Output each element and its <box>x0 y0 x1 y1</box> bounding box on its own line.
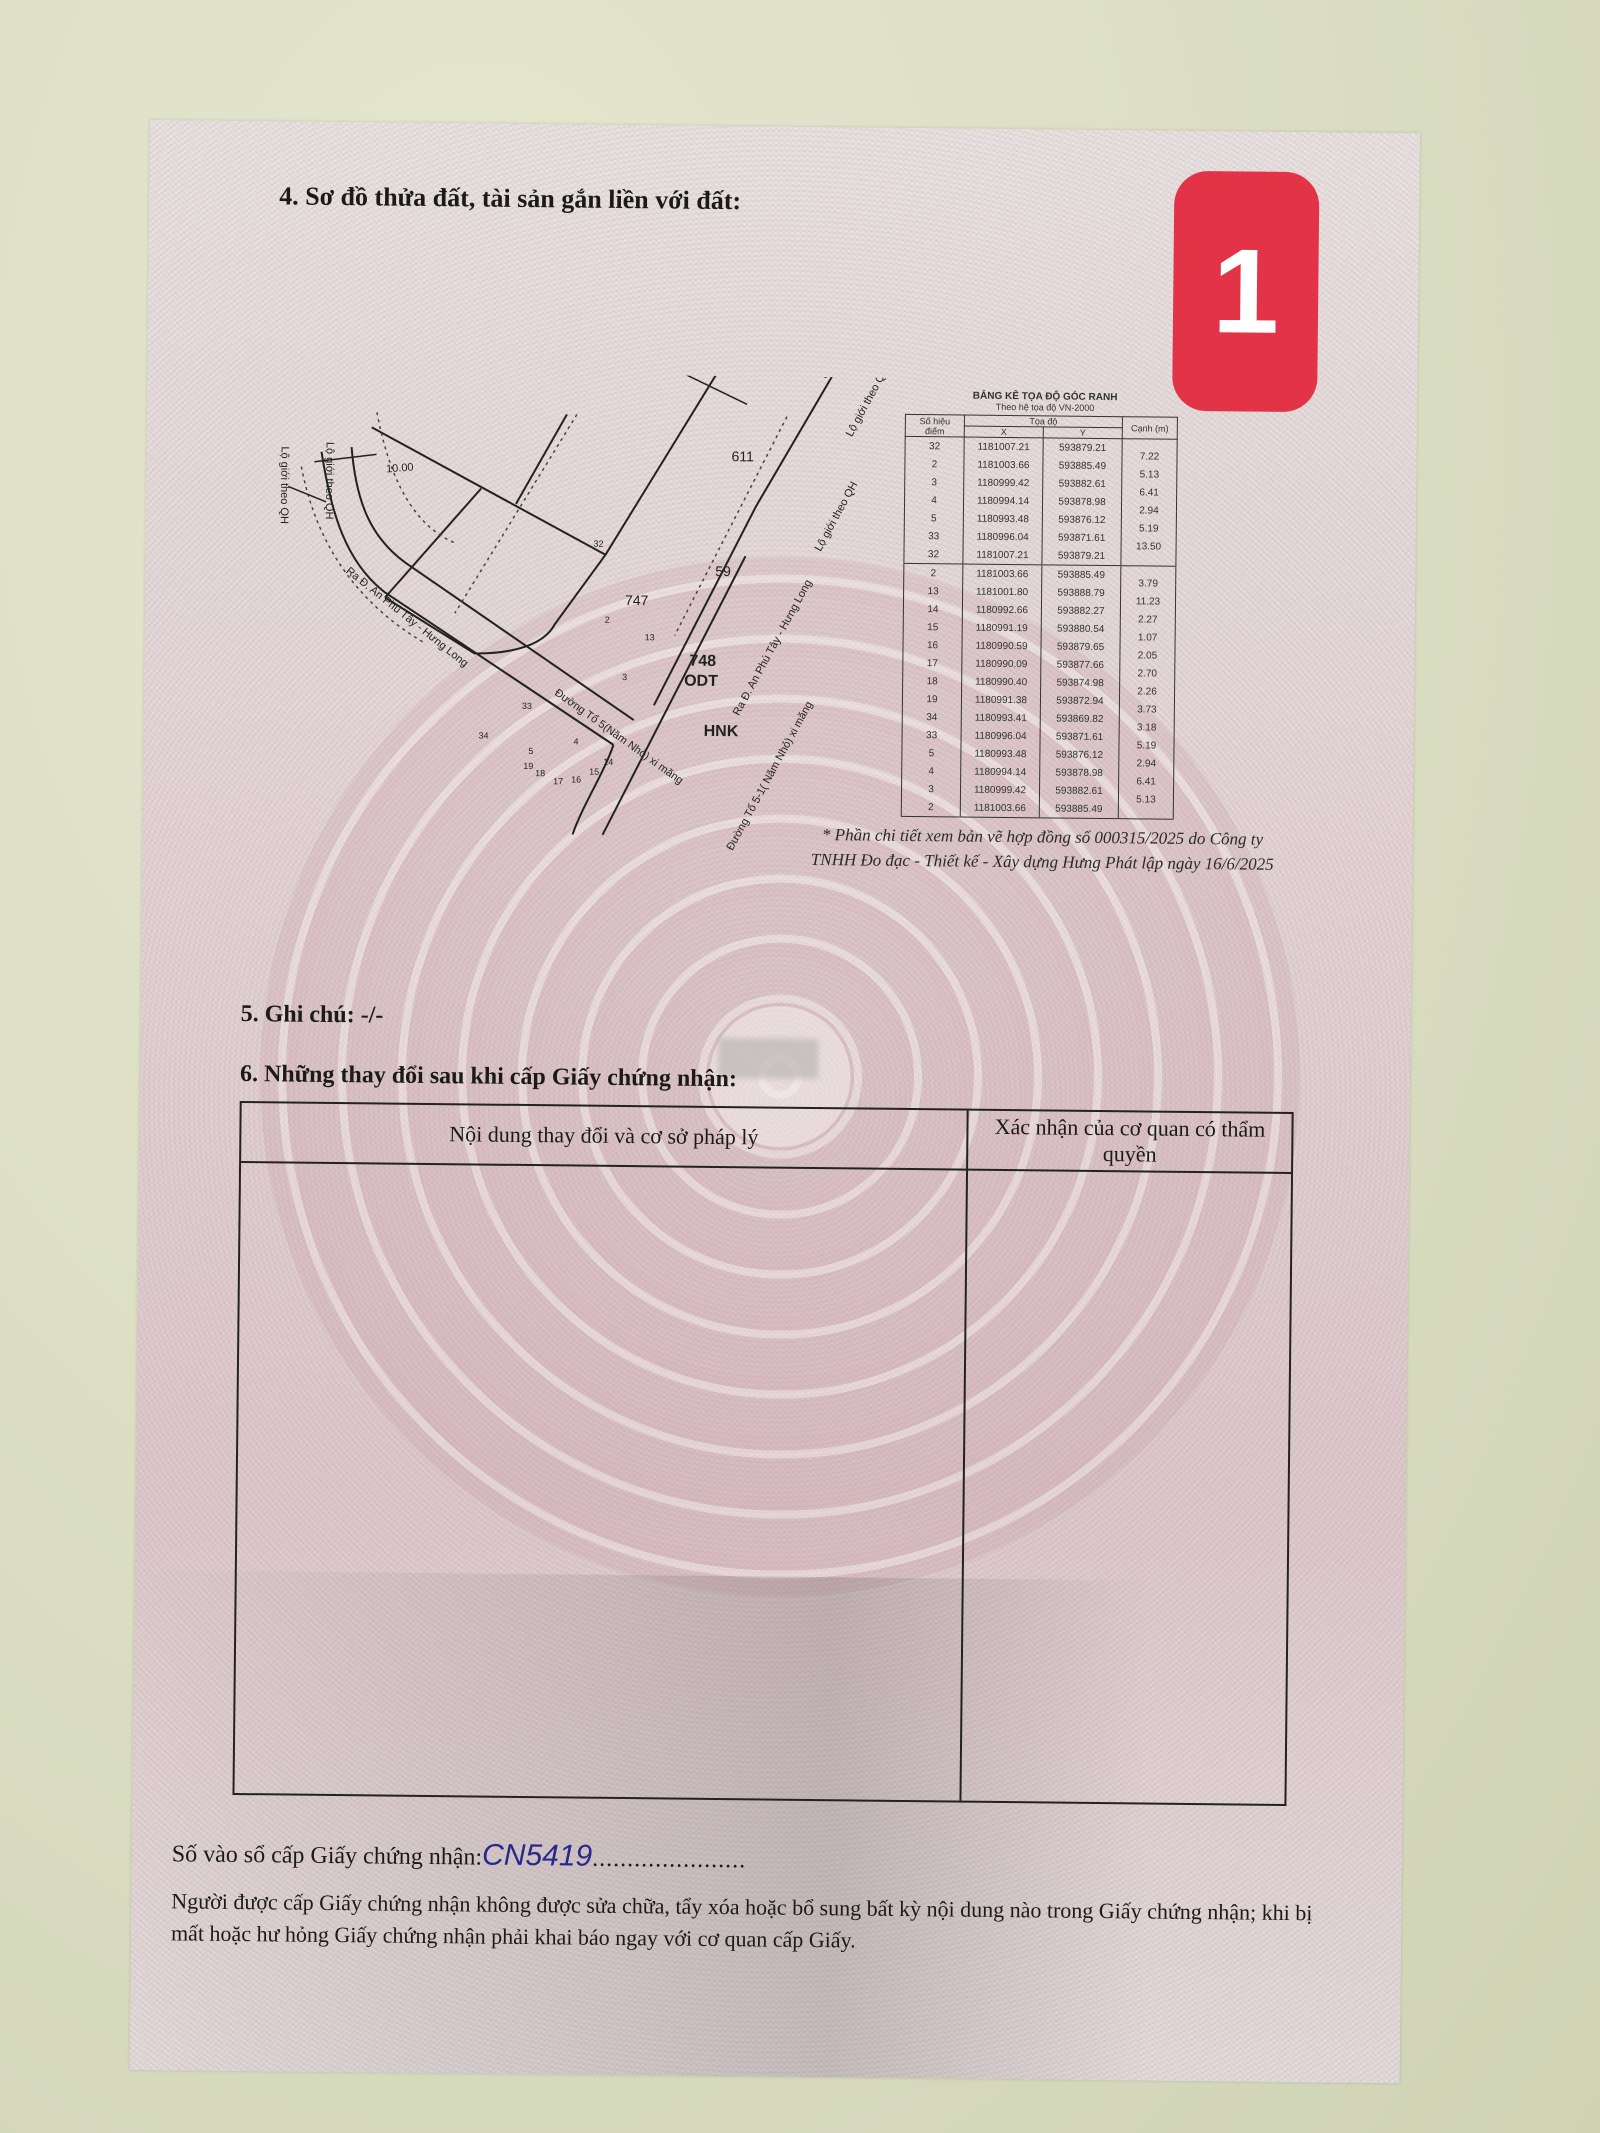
parcel-boundary <box>370 427 606 554</box>
road-edge <box>605 371 727 556</box>
coordinate-table: BẢNG KÊ TỌA ĐỘ GÓC RANH Theo hệ tọa độ V… <box>901 390 1185 820</box>
page-number-badge: 1 <box>1172 171 1320 413</box>
parcel-map: 611 747 59 748 ODT HNK 10.00 10.00 Ra Đ.… <box>272 371 897 877</box>
svg-text:5: 5 <box>528 746 533 756</box>
parcel-748: 748 <box>689 653 716 670</box>
parcel-748-use: ODT <box>684 673 718 690</box>
section-6-title: 6. Những thay đổi sau khi cấp Giấy chứng… <box>240 1061 737 1093</box>
legal-warning: Người được cấp Giấy chứng nhận không đượ… <box>171 1885 1342 1961</box>
svg-text:18: 18 <box>535 768 545 778</box>
road-edge <box>654 371 838 707</box>
registry-number-line: Số vào sổ cấp Giấy chứng nhận:CN5419....… <box>172 1835 747 1875</box>
parcel-59: 59 <box>715 563 731 579</box>
header-point: Số hiệu điểm <box>905 414 964 437</box>
changes-table: Nội dung thay đổi và cơ sở pháp lý Xác n… <box>232 1101 1293 1806</box>
changes-column-divider <box>234 1103 968 1801</box>
boundary-label-3: Lộ giới theo QH <box>844 371 892 438</box>
svg-text:19: 19 <box>523 761 533 771</box>
svg-text:15: 15 <box>589 767 599 777</box>
svg-text:33: 33 <box>522 701 532 711</box>
road-edge <box>349 447 637 720</box>
changes-header-content: Nội dung thay đổi và cơ sở pháp lý <box>241 1103 967 1171</box>
parcel-747: 747 <box>625 592 649 608</box>
registry-number: CN5419 <box>482 1839 592 1873</box>
boundary-label-2: Lộ giới theo QH <box>278 446 291 524</box>
svg-text:2: 2 <box>605 615 610 625</box>
parcel-hnk: HNK <box>704 723 739 740</box>
changes-header-authority: Xác nhận của cơ quan có thẩm quyền <box>968 1111 1292 1174</box>
header-y: Y <box>1043 427 1122 439</box>
header-x: X <box>964 426 1043 438</box>
svg-text:3: 3 <box>622 672 627 682</box>
svg-text:32: 32 <box>594 539 604 549</box>
svg-text:13: 13 <box>645 632 655 642</box>
road-label-to5: Đường Tổ 5(Năm Nhỏ) xi măng <box>552 687 685 787</box>
coordinate-table-subtitle: Theo hệ tọa độ VN-2000 <box>905 401 1185 414</box>
coordinate-group-1: 321181007.21593879.217.225.136.412.945.1… <box>904 436 1177 566</box>
section-5-notes: 5. Ghi chú: -/- <box>240 1001 383 1029</box>
road-label-right: Ra Đ. An Phú Tây - Hưng Long <box>731 578 815 718</box>
footnote: * Phần chi tiết xem bản vẽ hợp đồng số 0… <box>722 821 1362 878</box>
boundary-label-4: Lộ giới theo QH <box>813 480 861 554</box>
parcel-611: 611 <box>731 448 754 464</box>
registry-label: Số vào sổ cấp Giấy chứng nhận: <box>172 1841 483 1870</box>
road-label-left: Ra Đ. An Phú Tây - Hưng Long <box>343 565 470 670</box>
dimension-left: 10.00 <box>386 461 414 475</box>
section-4-title: 4. Sơ đồ thửa đất, tài sản gắn liền với … <box>279 181 741 216</box>
edge-lengths: 7.225.136.412.945.1913.50 <box>1121 439 1177 567</box>
land-certificate-page: 4. Sơ đồ thửa đất, tài sản gắn liền với … <box>130 120 1420 2083</box>
dimension-right: 10.00 <box>801 371 831 381</box>
svg-text:4: 4 <box>573 736 578 746</box>
parcel-boundary <box>384 552 605 654</box>
coordinate-group-2: 21181003.66593885.493.7911.232.271.072.0… <box>901 563 1176 819</box>
header-edge: Cạnh (m) <box>1122 417 1177 440</box>
svg-text:14: 14 <box>603 757 613 767</box>
parcel-boundary <box>516 414 567 505</box>
edge-lengths: 3.7911.232.271.072.052.702.263.733.185.1… <box>1118 566 1176 820</box>
svg-text:16: 16 <box>571 774 581 784</box>
boundary-label-1: Lộ giới theo QH <box>323 442 336 520</box>
svg-text:17: 17 <box>553 776 563 786</box>
svg-text:34: 34 <box>479 730 489 740</box>
road-edge <box>603 555 746 836</box>
